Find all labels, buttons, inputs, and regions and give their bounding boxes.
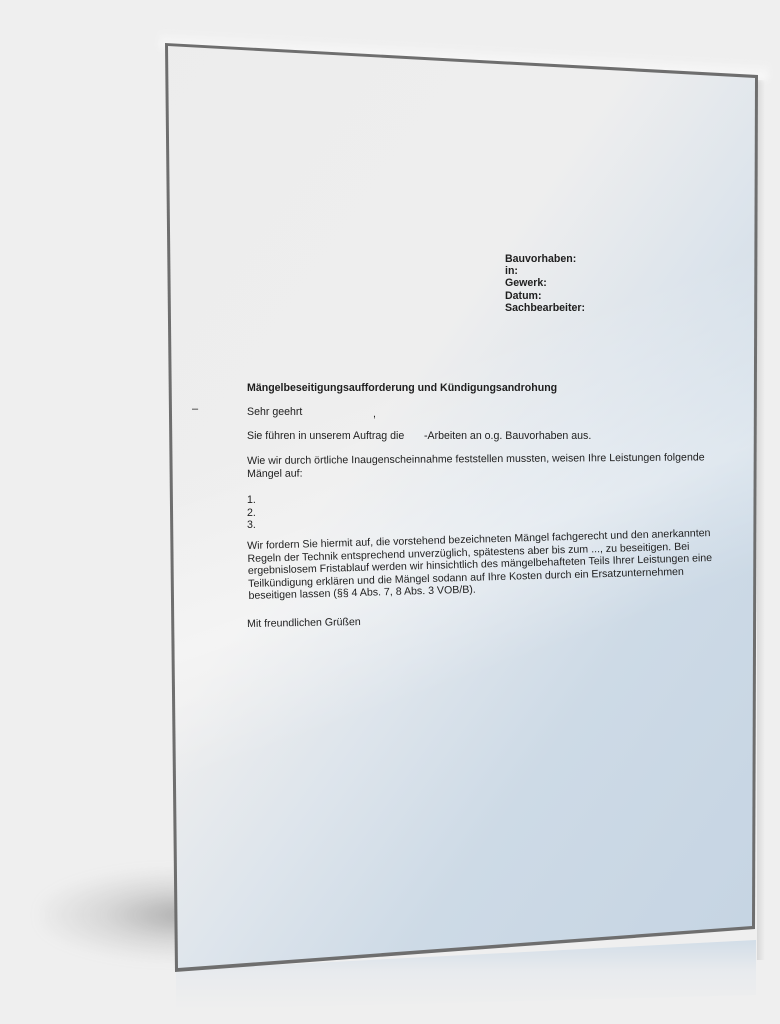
intro-paragraph: Sie führen in unserem Auftrag die -Arbei… [247,430,404,443]
field-in: in: [505,265,585,277]
letter-content: Bauvorhaben: in: Gewerk: Datum: Sachbear… [0,0,780,1024]
closing-line: Mit freundlichen Grüßen [247,616,361,631]
salutation: Sehr geehrt , [247,406,302,419]
demand-paragraph: Wir fordern Sie hiermit auf, die vorsteh… [247,527,709,603]
defect-item: 3. [247,519,256,532]
letter-subject: Mängelbeseitigungsaufforderung und Kündi… [247,382,557,395]
findings-paragraph: Wie wir durch örtliche Inaugenscheinnahm… [247,452,687,481]
intro-part-2: -Arbeiten an o.g. Bauvorhaben aus. [424,430,591,443]
field-datum: Datum: [505,290,585,302]
defect-list: 1. 2. 3. [247,494,256,532]
defect-item: 2. [247,507,256,520]
salutation-text: Sehr geehrt [247,406,302,418]
document-page: Bauvorhaben: in: Gewerk: Datum: Sachbear… [0,0,780,1024]
field-sachbearbeiter: Sachbearbeiter: [505,302,585,314]
header-fields: Bauvorhaben: in: Gewerk: Datum: Sachbear… [505,253,585,314]
intro-part-1: Sie führen in unserem Auftrag die [247,430,404,442]
salutation-comma: , [373,408,376,421]
fold-mark: – [192,403,198,416]
field-bauvorhaben: Bauvorhaben: [505,253,585,265]
field-gewerk: Gewerk: [505,277,585,289]
defect-item: 1. [247,494,256,507]
